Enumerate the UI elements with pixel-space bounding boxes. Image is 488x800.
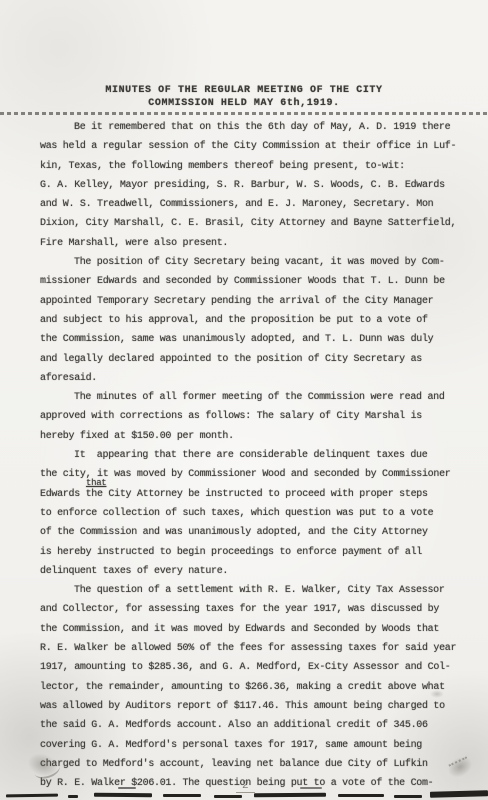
- scan-edge-mark: [338, 794, 384, 797]
- text-line: hereby fixed at $150.00 per month.: [40, 427, 466, 446]
- scan-edge-mark: [163, 794, 201, 797]
- text-line: was allowed by Auditors report of $117.4…: [40, 697, 466, 716]
- scan-edge-mark: [214, 795, 242, 798]
- text-line: the said G. A. Medfords account. Also an…: [40, 716, 466, 735]
- text-line: aforesaid.: [40, 369, 466, 388]
- text-line: R. E. Walker be allowed 50% of the fees …: [40, 639, 466, 658]
- paragraph: The position of City Secretary being vac…: [40, 253, 466, 388]
- scan-edge-mark: [118, 787, 136, 789]
- dashed-divider-line: [0, 112, 488, 115]
- scan-edge-mark: [68, 795, 78, 798]
- text-line: The question of a settlement with R. E. …: [40, 581, 466, 600]
- text-line: to enforce collection of such taxes, whi…: [40, 504, 466, 523]
- interlinear-insertion: that: [86, 474, 106, 493]
- text-line: Be it remembered that on this the 6th da…: [40, 118, 466, 137]
- text-line: delinquent taxes of every nature.: [40, 562, 466, 581]
- paragraph: The minutes of all former meeting of the…: [40, 388, 466, 446]
- text-line: and subject to his approval, and the pro…: [40, 311, 466, 330]
- text-line: is hereby instructed to begin proceeding…: [40, 543, 466, 562]
- text-line: The position of City Secretary being vac…: [40, 253, 466, 272]
- text-line: was held a regular session of the City C…: [40, 137, 466, 156]
- scan-edge-mark: [300, 787, 322, 789]
- text-line: and Collector, for assessing taxes for t…: [40, 600, 466, 619]
- text-line: the Commission, and it was moved by Edwa…: [40, 620, 466, 639]
- document-title: MINUTES OF THE REGULAR MEETING OF THE CI…: [0, 84, 488, 110]
- title-line-2: COMMISSION HELD MAY 6th,1919.: [0, 97, 488, 110]
- paragraph: Be it remembered that on this the 6th da…: [40, 118, 466, 253]
- text-line: appointed Temporary Secretary pending th…: [40, 292, 466, 311]
- text-line: kin, Texas, the following members thereo…: [40, 157, 466, 176]
- title-line-1: MINUTES OF THE REGULAR MEETING OF THE CI…: [0, 84, 488, 97]
- text-line: G. A. Kelley, Mayor presiding, S. R. Bar…: [40, 176, 466, 195]
- text-line: covering G. A. Medford's personal taxes …: [40, 736, 466, 755]
- document-body: Be it remembered that on this the 6th da…: [40, 118, 466, 793]
- text-line: the Commission, same was unanimously ado…: [40, 330, 466, 349]
- text-line: and legally declared appointed to the po…: [40, 350, 466, 369]
- scan-edge-mark: [394, 795, 422, 798]
- scan-edge-mark: [94, 793, 152, 798]
- text-line: lector, the remainder, amounting to $266…: [40, 678, 466, 697]
- text-line: of the Commission and was unanimously ad…: [40, 523, 466, 542]
- text-line: Dixion, City Marshall, C. E. Brasil, Cit…: [40, 214, 466, 233]
- paragraph: The question of a settlement with R. E. …: [40, 581, 466, 793]
- paragraph: It appearing that there are considerable…: [40, 446, 466, 581]
- text-line: approved with corrections as follows: Th…: [40, 407, 466, 426]
- scanned-document-page: MINUTES OF THE REGULAR MEETING OF THE CI…: [0, 0, 488, 800]
- text-line: The minutes of all former meeting of the…: [40, 388, 466, 407]
- scan-edge-mark: [6, 794, 58, 798]
- text-line: Fire Marshall, were also present.: [40, 234, 466, 253]
- text-line: and W. S. Treadwell, Commissioners, and …: [40, 195, 466, 214]
- text-line: missioner Edwards and seconded by Commis…: [40, 272, 466, 291]
- text-line: 1917, amounting to $285.36, and G. A. Me…: [40, 658, 466, 677]
- page-number: 2: [236, 780, 255, 793]
- text-line: It appearing that there are considerable…: [40, 446, 466, 465]
- text-line: Edwards the City Attorney be instructed …: [40, 485, 466, 504]
- scan-edge-mark: [254, 793, 326, 798]
- text-line: charged to Medford's account, leaving ne…: [40, 755, 466, 774]
- scan-edge-mark: [430, 790, 488, 798]
